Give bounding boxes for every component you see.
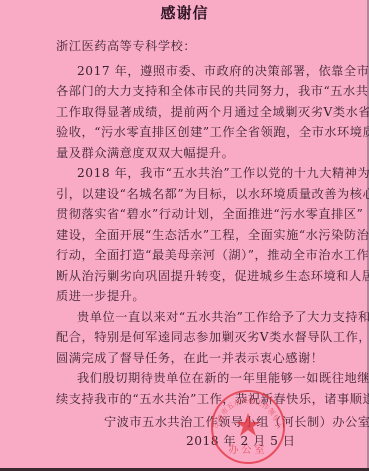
letter-line: 贵单位一直以来对“五水共治”工作给予了大力支持和 — [56, 307, 314, 328]
letter-line: 配合，特别是何军逵同志参加剿灭劣Ⅴ类水督导队工作，并 — [56, 327, 314, 348]
letter-line: 断从治污剿劣向巩固提升转变，促进城乡生态环境和人居品 — [56, 266, 314, 287]
salutation: 浙江医药高等专科学校： — [56, 36, 314, 57]
letter-line: 我们殷切期待贵单位在新的一年里能够一如既往地继 — [56, 368, 314, 389]
letter-line: 量及群众满意度双双大幅提升。 — [56, 143, 314, 164]
seal-center-text: 办公室 — [229, 443, 268, 456]
official-seal-icon: 宁波市五水共治工作领导小组（河长制） 办公室 — [210, 389, 286, 465]
letter-line: 工作取得显著成绩，提前两个月通过全域剿灭劣Ⅴ类水省级 — [56, 102, 314, 123]
letter-line: 质进一步提升。 — [56, 286, 314, 307]
letter-line: 行动，全面打造“最美母亲河（湖）”，推动全市治水工作不 — [56, 245, 314, 266]
letter-title: 感谢信 — [0, 2, 369, 23]
letter-line: 验收，“污水零直排区创建”工作全省领跑，全市水环境质 — [56, 122, 314, 143]
letter-paragraphs: 2017 年，遵照市委、市政府的决策部署，依靠全市各级各部门的大力支持和全体市民… — [56, 61, 314, 410]
letter-line: 建设，全面开展“生态活水”工程，全面实施“水污染防治” — [56, 225, 314, 246]
letter-line: 各部门的大力支持和全体市民的共同努力，我市“五水共治” — [56, 81, 314, 102]
letter-line: 圆满完成了督导任务，在此一并表示衷心感谢！ — [56, 348, 314, 369]
letter-body: 浙江医药高等专科学校： 2017 年，遵照市委、市政府的决策部署，依靠全市各级各… — [56, 36, 314, 409]
letter-line: 2018 年，我市“五水共治”工作以党的十九大精神为指 — [56, 163, 314, 184]
letter-line: 贯彻落实省“碧水”行动计划，全面推进“污水零直排区” — [56, 204, 314, 225]
letter-line: 2017 年，遵照市委、市政府的决策部署，依靠全市各级 — [56, 61, 314, 82]
letter-line: 引，以建设“名城名都”为目标，以水环境质量改善为核心， — [56, 184, 314, 205]
